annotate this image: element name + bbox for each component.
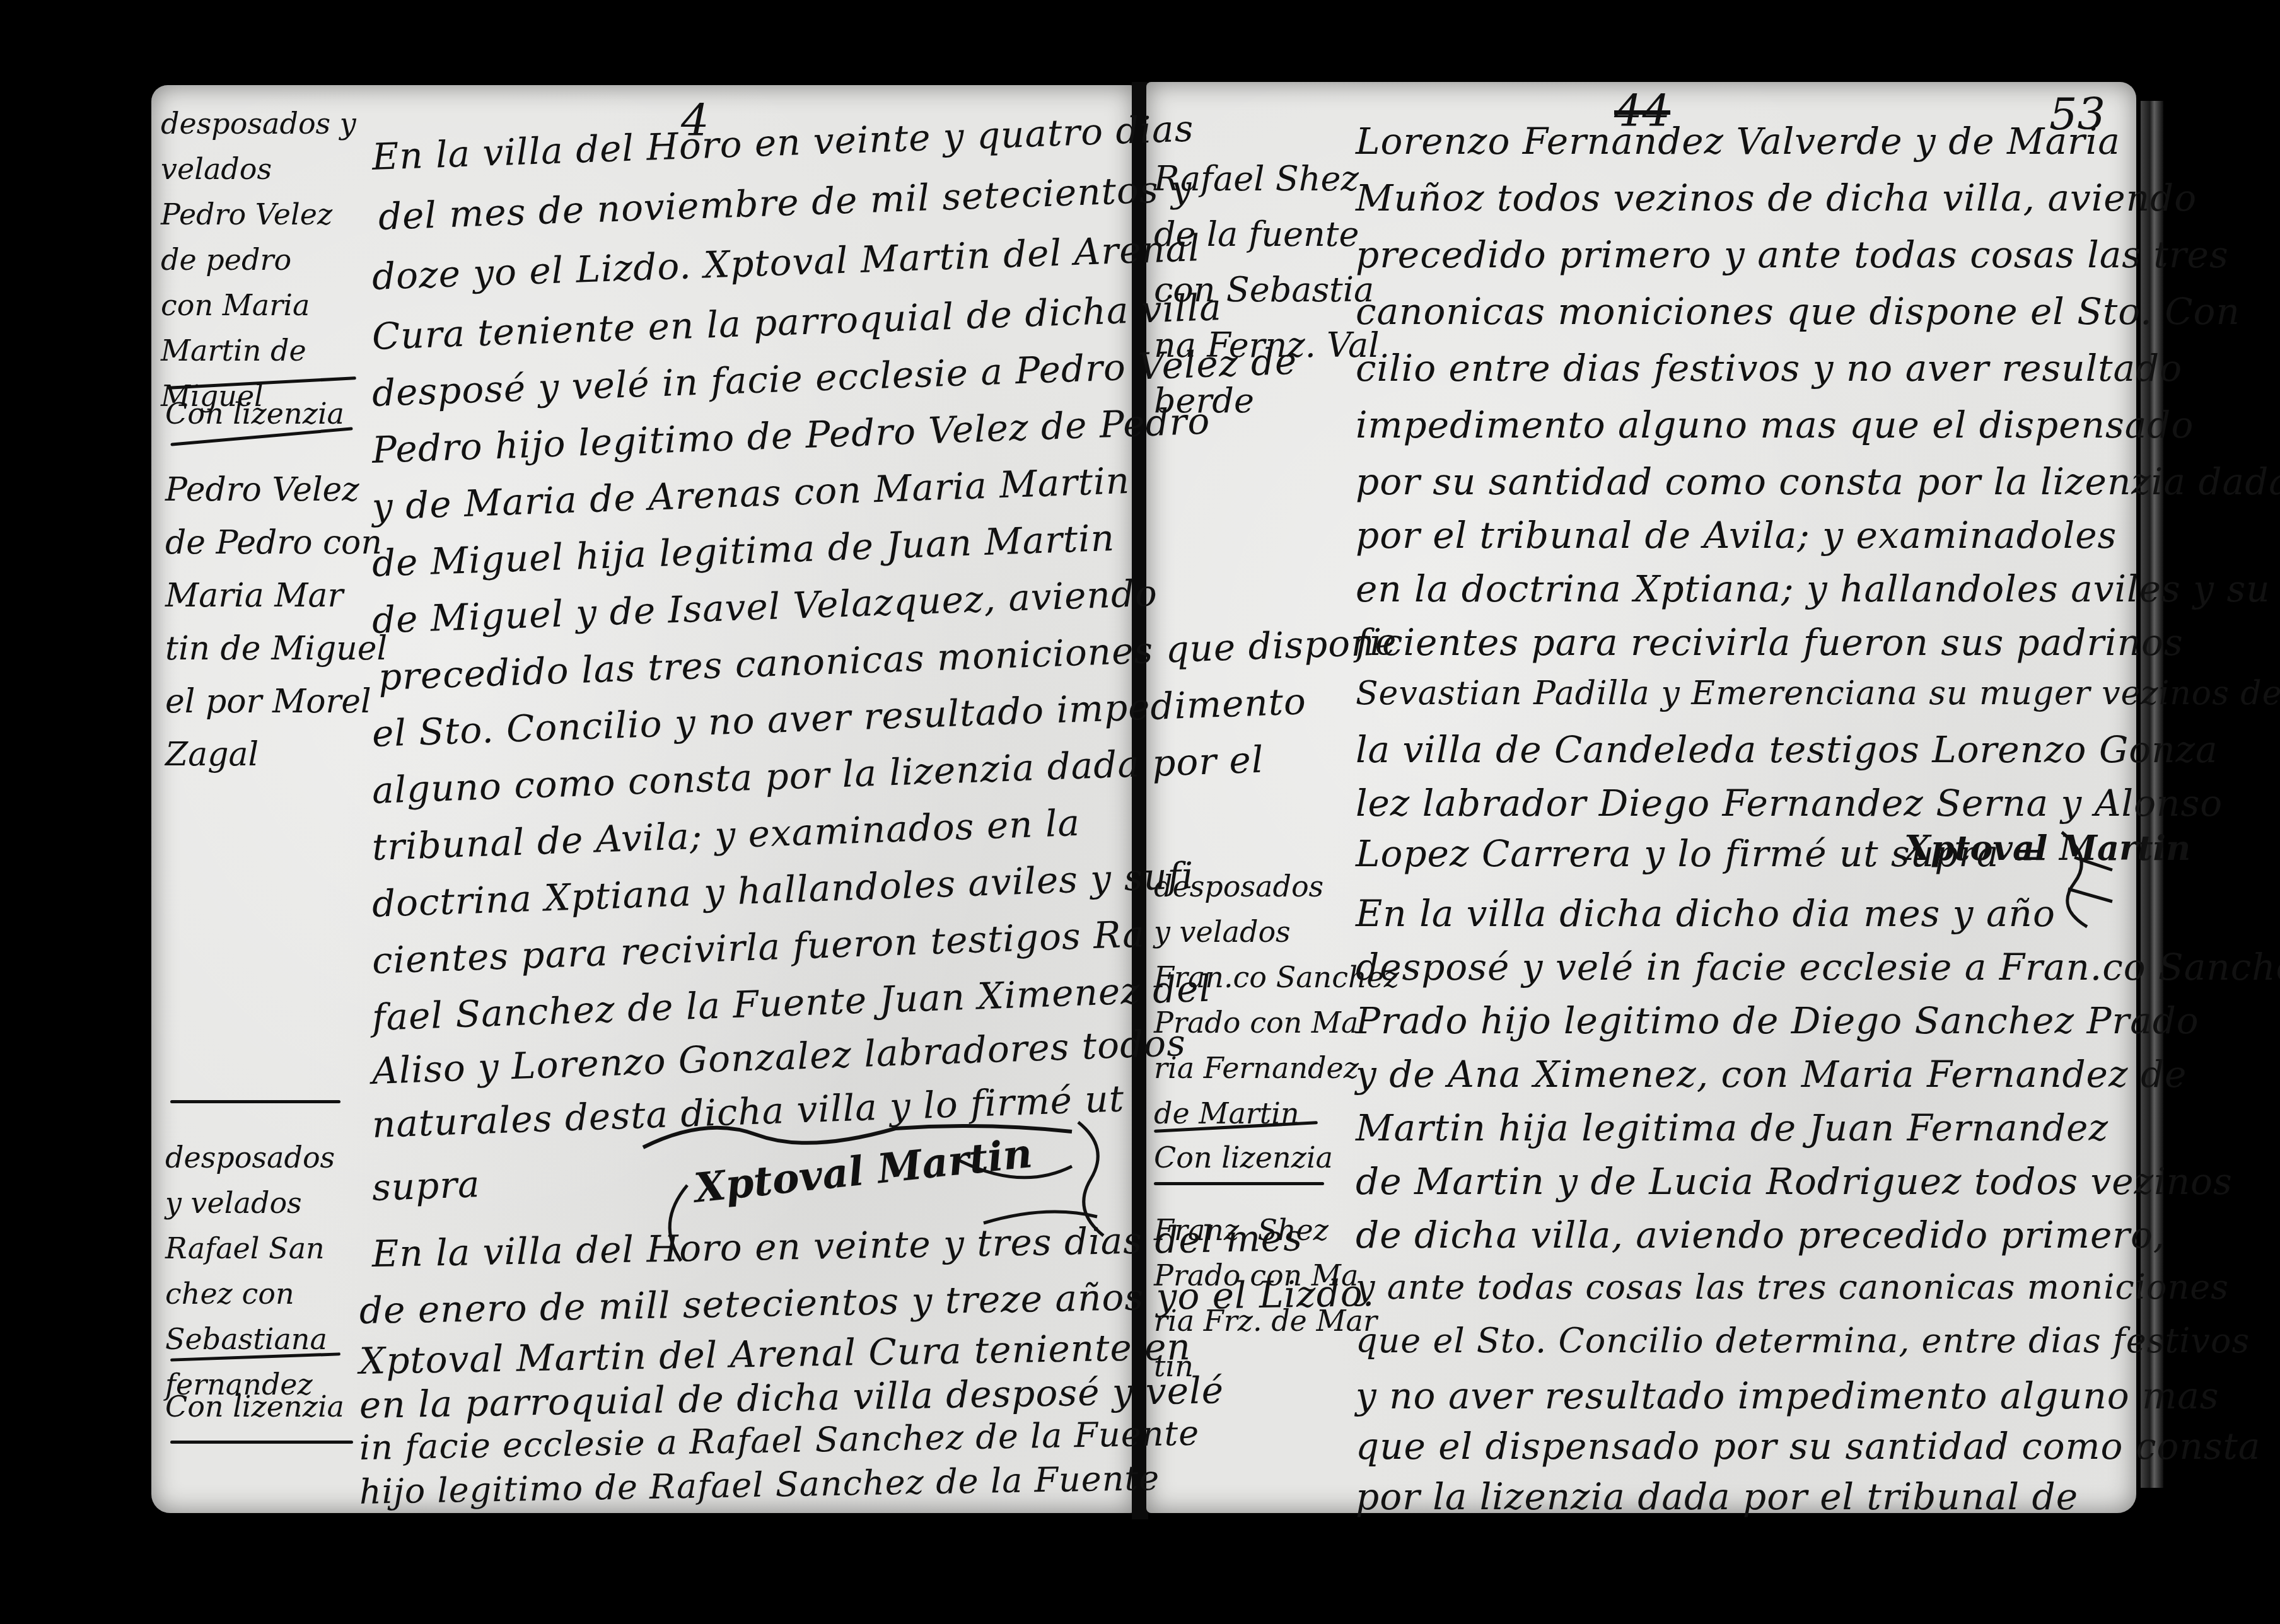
text-line: por el tribunal de Avila; y examinadoles xyxy=(1356,514,2117,557)
text-line: desposé y velé in facie ecclesie a Fran.… xyxy=(1356,946,2280,989)
text-line: por su santidad como consta por la lizen… xyxy=(1356,460,2280,503)
text-line: Martin hija legitima de Juan Fernandez xyxy=(1356,1106,2108,1149)
margin-note: Franz. Shez Prado con Ma ria Frz. de Mar… xyxy=(1154,1207,1377,1389)
text-line: Muñoz todos vezinos de dicha villa, avie… xyxy=(1356,177,2197,219)
text-line: y no aver resultado impedimento alguno m… xyxy=(1356,1374,2219,1417)
text-line: que el dispensado por su santidad como c… xyxy=(1356,1425,2260,1468)
text-line: ficientes para recivirla fueron sus padr… xyxy=(1356,621,2184,664)
margin-rule xyxy=(1154,1182,1324,1185)
text-line: Lorenzo Fernandez Valverde y de Maria xyxy=(1356,120,2120,163)
text-line: cilio entre dias festivos y no aver resu… xyxy=(1356,347,2182,390)
text-line: En la villa dicha dicho dia mes y año xyxy=(1356,892,2056,935)
margin-note: desposados y velados Pedro Velez de pedr… xyxy=(161,101,356,419)
text-line: la villa de Candeleda testigos Lorenzo G… xyxy=(1356,728,2218,771)
text-line: Sevastian Padilla y Emerenciana su muger… xyxy=(1356,675,2280,712)
text-line: por la lizenzia dada por el tribunal de xyxy=(1356,1475,2078,1518)
text-line: impedimento alguno mas que el dispensado xyxy=(1356,403,2194,446)
text-line: y ante todas cosas las tres canonicas mo… xyxy=(1356,1267,2229,1307)
margin-rule xyxy=(170,1100,340,1103)
text-line: Prado hijo legitimo de Diego Sanchez Pra… xyxy=(1356,999,2199,1042)
text-line: lez labrador Diego Fernandez Serna y Alo… xyxy=(1356,782,2223,825)
margin-note: Pedro Velez de Pedro con Maria Mar tin d… xyxy=(165,463,387,781)
text-line: que el Sto. Concilio determina, entre di… xyxy=(1356,1321,2250,1360)
text-line: en la doctrina Xptiana; y hallandoles av… xyxy=(1356,567,2271,610)
margin-rule xyxy=(170,1441,353,1444)
text-line: y de Ana Ximenez, con Maria Fernandez de xyxy=(1356,1053,2187,1096)
margin-note-license: Con lizenzia xyxy=(165,1384,344,1429)
text-line: supra xyxy=(371,1163,481,1209)
text-line: de dicha villa, aviendo precedido primer… xyxy=(1356,1214,2165,1256)
margin-note-license: Con lizenzia xyxy=(1154,1135,1333,1180)
text-line: precedido primero y ante todas cosas las… xyxy=(1356,233,2229,276)
text-line: de Martin y de Lucia Rodriguez todos vez… xyxy=(1356,1160,2233,1203)
text-line: canonicas moniciones que dispone el Sto.… xyxy=(1356,290,2240,333)
margin-note: desposados y velados Rafael San chez con… xyxy=(165,1135,335,1407)
manuscript-spread: 4 44 53 desposados y velados Pedro Velez… xyxy=(0,0,2280,1624)
margin-note: Rafael Shez de la fuente con Sebastia na… xyxy=(1154,151,1380,429)
